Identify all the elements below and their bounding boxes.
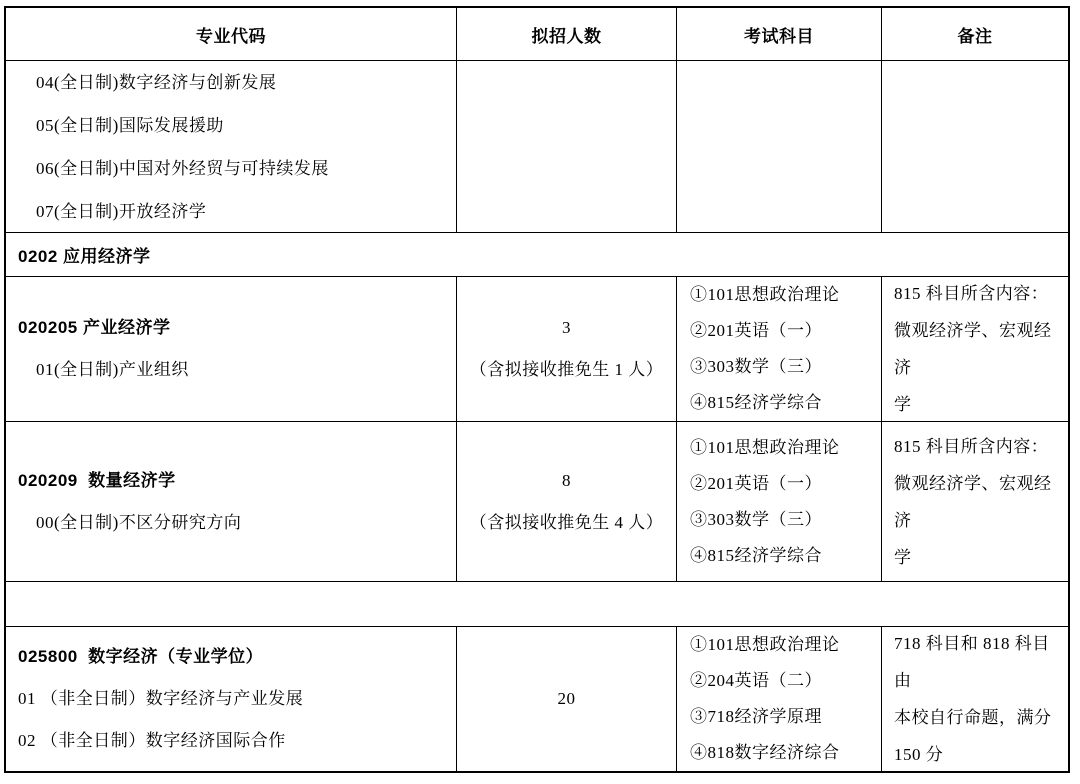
remarks-cell: 718 科目和 818 科目由 本校自行命题，满分 150 分 (882, 627, 1068, 771)
quota-note: （含拟接收推免生 4 人） (470, 502, 664, 544)
direction-item: 06(全日制)中国对外经贸与可持续发展 (18, 147, 329, 190)
remarks-cell-empty (882, 61, 1068, 233)
direction-item: 05(全日制)国际发展援助 (18, 104, 224, 147)
header-label-major-code: 专业代码 (196, 22, 266, 47)
remark-line: 815 科目所含内容： (894, 428, 1048, 465)
specialty-cell: 020209 数量经济学 00(全日制)不区分研究方向 (6, 422, 457, 582)
group-row-0202: 0202 应用经济学 (6, 233, 1068, 277)
remark-line: 150 分 (894, 736, 943, 771)
empty-cell (6, 582, 1068, 627)
subject-item: ③718经济学原理 (690, 699, 822, 735)
row-top-directions: 04(全日制)数字经济与创新发展 05(全日制)国际发展援助 06(全日制)中国… (6, 61, 1068, 233)
subjects-cell-empty (677, 61, 882, 233)
group-title: 0202 应用经济学 (18, 242, 1068, 267)
remark-line: 学 (894, 386, 912, 422)
subject-item: ①101思想政治理论 (690, 430, 840, 466)
specialty-cell: 025800 数字经济（专业学位） 01 （非全日制）数字经济与产业发展 02 … (6, 627, 457, 771)
specialty-code-title: 020205 产业经济学 (18, 307, 170, 349)
empty-spacer-row (6, 582, 1068, 627)
subject-item: ①101思想政治理论 (690, 277, 840, 313)
header-cell-exam-subjects: 考试科目 (677, 8, 882, 61)
subjects-cell: ①101思想政治理论 ②201英语（一） ③303数学（三） ④815经济学综合 (677, 277, 882, 422)
remark-line: 815 科目所含内容： (894, 277, 1048, 312)
quota-number: 8 (562, 460, 571, 502)
row-020209: 020209 数量经济学 00(全日制)不区分研究方向 8 （含拟接收推免生 4… (6, 422, 1068, 582)
header-cell-major-code: 专业代码 (6, 8, 457, 61)
admissions-table: 专业代码 拟招人数 考试科目 备注 04(全日制)数字经济与创新发展 05(全日… (4, 6, 1070, 773)
row-020205: 020205 产业经济学 01(全日制)产业组织 3 （含拟接收推免生 1 人）… (6, 277, 1068, 422)
header-label-planned-enrollment: 拟招人数 (532, 22, 602, 47)
header-cell-remarks: 备注 (882, 8, 1068, 61)
subject-item: ④818数字经济综合 (690, 735, 840, 771)
header-label-remarks: 备注 (958, 22, 993, 47)
subject-item: ③303数学（三） (690, 349, 822, 385)
subject-item: ④815经济学综合 (690, 538, 822, 574)
specialty-cell: 020205 产业经济学 01(全日制)产业组织 (6, 277, 457, 422)
quota-note: （含拟接收推免生 1 人） (470, 349, 664, 391)
remark-line: 718 科目和 818 科目由 (894, 627, 1062, 699)
direction-item: 02 （非全日制）数字经济国际合作 (18, 720, 286, 762)
quota-number: 20 (558, 678, 576, 720)
specialty-code-title: 025800 数字经济（专业学位） (18, 636, 263, 678)
group-title-cell: 0202 应用经济学 (6, 233, 1068, 277)
enrollment-cell: 8 （含拟接收推免生 4 人） (457, 422, 677, 582)
subject-item: ②201英语（一） (690, 313, 822, 349)
row-025800: 025800 数字经济（专业学位） 01 （非全日制）数字经济与产业发展 02 … (6, 627, 1068, 771)
quota-number: 3 (562, 307, 571, 349)
remark-line: 学 (894, 539, 912, 576)
direction-item: 01 （非全日制）数字经济与产业发展 (18, 678, 303, 720)
enrollment-cell: 20 (457, 627, 677, 771)
specialty-cell: 04(全日制)数字经济与创新发展 05(全日制)国际发展援助 06(全日制)中国… (6, 61, 457, 233)
direction-item: 01(全日制)产业组织 (18, 349, 189, 391)
remark-line: 微观经济学、宏观经济 (894, 312, 1062, 386)
subject-item: ④815经济学综合 (690, 385, 822, 421)
remarks-cell: 815 科目所含内容： 微观经济学、宏观经济 学 (882, 277, 1068, 422)
specialty-code-title: 020209 数量经济学 (18, 460, 176, 502)
direction-item: 04(全日制)数字经济与创新发展 (18, 61, 276, 104)
direction-item: 00(全日制)不区分研究方向 (18, 502, 241, 544)
subject-item: ②204英语（二） (690, 663, 822, 699)
header-cell-planned-enrollment: 拟招人数 (457, 8, 677, 61)
remark-line: 本校自行命题，满分 (894, 699, 1052, 736)
page: 专业代码 拟招人数 考试科目 备注 04(全日制)数字经济与创新发展 05(全日… (0, 0, 1080, 784)
subjects-cell: ①101思想政治理论 ②201英语（一） ③303数学（三） ④815经济学综合 (677, 422, 882, 582)
subject-item: ②201英语（一） (690, 466, 822, 502)
subject-item: ③303数学（三） (690, 502, 822, 538)
direction-item: 07(全日制)开放经济学 (18, 190, 206, 233)
enrollment-cell-empty (457, 61, 677, 233)
subject-item: ①101思想政治理论 (690, 627, 840, 663)
header-row: 专业代码 拟招人数 考试科目 备注 (6, 8, 1068, 61)
header-label-exam-subjects: 考试科目 (744, 22, 814, 47)
remarks-cell: 815 科目所含内容： 微观经济学、宏观经济 学 (882, 422, 1068, 582)
subjects-cell: ①101思想政治理论 ②204英语（二） ③718经济学原理 ④818数字经济综… (677, 627, 882, 771)
enrollment-cell: 3 （含拟接收推免生 1 人） (457, 277, 677, 422)
remark-line: 微观经济学、宏观经济 (894, 465, 1062, 539)
